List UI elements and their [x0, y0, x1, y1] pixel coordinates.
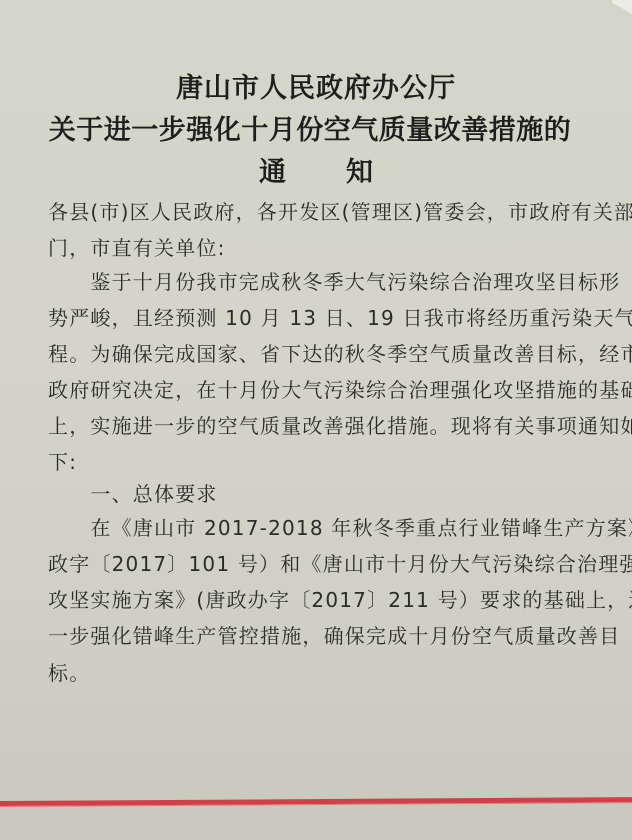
body-line: 下: [48, 446, 77, 475]
document-type-char-2: 知 [346, 157, 373, 188]
body-line: 政字〔2017〕101 号）和《唐山市十月份大气污染综合治理强化 [48, 548, 632, 577]
body-line: 程。为确保完成国家、省下达的秋冬季空气质量改善目标，经市 [48, 338, 632, 367]
issuer-title: 唐山市人民政府办公厅 [0, 66, 632, 105]
paper-corner-fold [612, 0, 632, 28]
document-type: 通知 [0, 150, 632, 189]
body-line: 标。 [48, 657, 90, 686]
addressee-line-1: 各县(市)区人民政府，各开发区(管理区)管委会，市政府有关部 [48, 196, 632, 225]
addressee-line-2: 门，市直有关单位: [48, 232, 226, 261]
body-line: 在《唐山市 2017-2018 年秋冬季重点行业错峰生产方案》(唐 [48, 512, 632, 541]
body-line: 势严峻，且经预测 10 月 13 日、19 日我市将经历重污染天气过 [48, 302, 632, 331]
body-line: 上，实施进一步的空气质量改善强化措施。现将有关事项通知如 [48, 410, 632, 439]
body-line: 一步强化错峰生产管控措施，确保完成十月份空气质量改善目 [48, 620, 620, 649]
document-type-char-1: 通 [259, 157, 286, 188]
body-line: 攻坚实施方案》(唐政办字〔2017〕211 号）要求的基础上，进 [48, 584, 632, 613]
section-heading: 一、总体要求 [48, 478, 218, 507]
body-line: 鉴于十月份我市完成秋冬季大气污染综合治理攻坚目标形 [48, 266, 620, 295]
document-title: 关于进一步强化十月份空气质量改善措施的 [0, 108, 626, 147]
body-line: 政府研究决定，在十月份大气污染综合治理强化攻坚措施的基础 [48, 374, 632, 403]
